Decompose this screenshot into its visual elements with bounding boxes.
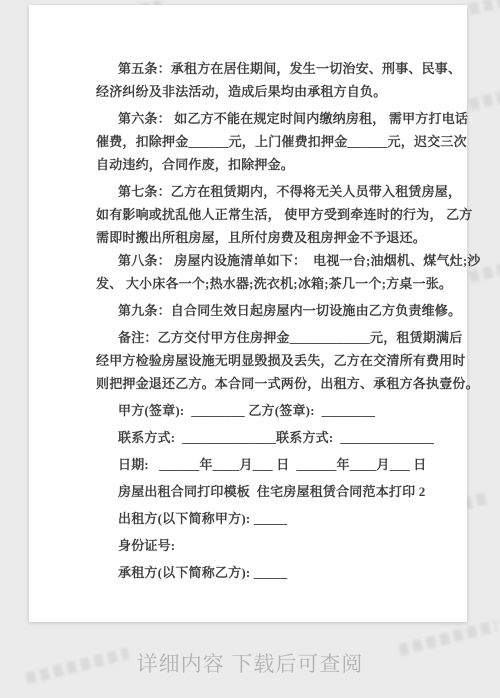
document-line: 备注：乙方交付甲方住房押金____________元，租赁期满后: [96, 326, 467, 349]
document-line: 房屋出租合同打印模板 住宅房屋租赁合同范本打印 2: [96, 480, 467, 503]
document-lines: 第五条：承租方在居住期间，发生一切治安、刑事、民事、经济纠纷及非法活动，造成后果…: [29, 5, 467, 584]
document-line: 经济纠纷及非法活动，造成后果均由承租方自负。: [96, 80, 467, 103]
document-line: 第九条：自合同生效日起房屋内一切设施由乙方负责维修。: [96, 299, 467, 322]
document-line: 出租方(以下简称甲方): _____: [96, 507, 467, 530]
document-page: 第五条：承租方在居住期间，发生一切治安、刑事、民事、经济纠纷及非法活动，造成后果…: [29, 5, 467, 622]
document-line: 第八条： 房屋内设施清单如下： 电视一台;油烟机、煤气灶;沙: [96, 249, 467, 272]
footer-caption: 详细内容 下载后可查阅: [0, 648, 500, 678]
document-line: 需即时搬出所租房屋，且所付房费及租房押金不予退还。: [96, 226, 467, 249]
document-line: 第六条： 如乙方不能在规定时间内缴纳房租， 需甲方打电话: [96, 107, 467, 130]
document-line: 第五条：承租方在居住期间，发生一切治安、刑事、民事、: [96, 57, 467, 80]
document-line: 承租方(以下简称乙方): _____: [96, 561, 467, 584]
document-line: 第七条：乙方在租赁期内，不得将无关人员带入租赁房屋，: [96, 180, 467, 203]
document-line: 发、 大小床各一个;热水器;洗衣机;冰箱;茶几一个;方桌一张。: [96, 272, 467, 295]
document-line: 甲方(签章): ________ 乙方(签章): ________: [96, 399, 467, 422]
document-line: 如有影响或扰乱他人正常生活， 使甲方受到牵连时的行为， 乙方: [96, 203, 467, 226]
document-line: 经甲方检验房屋设施无明显毁损及丢失，乙方在交清所有费用时: [96, 349, 467, 372]
document-line: 自动违约，合同作废，扣除押金。: [96, 153, 467, 176]
document-line: 则把押金退还乙方。本合同一式两份，出租方、承租方各执壹份。: [96, 372, 467, 395]
document-line: 身份证号:: [96, 534, 467, 557]
document-line: 催费，扣除押金______元，上门催费扣押金______元，迟交三次: [96, 130, 467, 153]
document-line: 日期: ______年____月___ 日 ______年____月___ 日: [96, 453, 467, 476]
document-line: 联系方式: ______________联系方式: ______________: [96, 426, 467, 449]
preview-canvas: 第五条：承租方在居住期间，发生一切治安、刑事、民事、经济纠纷及非法活动，造成后果…: [0, 0, 500, 698]
